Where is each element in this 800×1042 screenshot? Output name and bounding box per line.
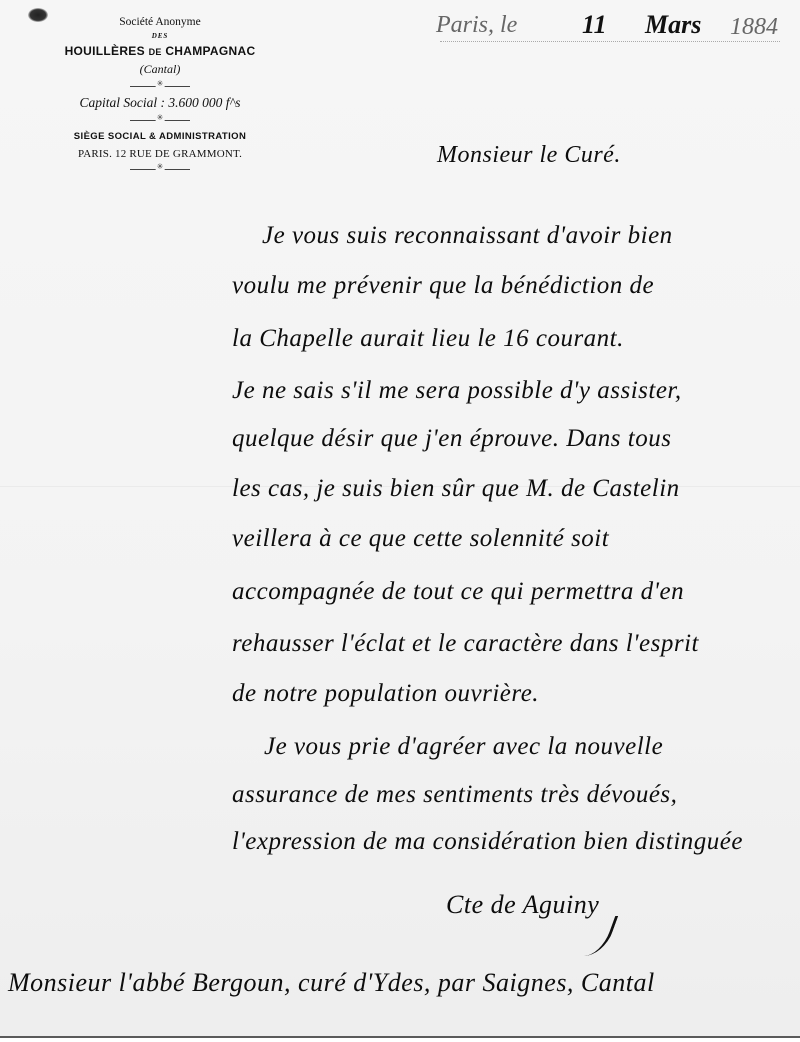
body-line: quelque désir que j'en éprouve. Dans tou… [232, 425, 671, 453]
letterhead-region: (Cantal) [20, 62, 300, 77]
body-line: la Chapelle aurait lieu le 16 courant. [232, 325, 624, 353]
letterhead-capital: Capital Social : 3.600 000 f^s [20, 95, 300, 111]
addressee-line: Monsieur l'abbé Bergoun, curé d'Ydes, pa… [8, 968, 655, 998]
letterhead-siege: SIÈGE SOCIAL & ADMINISTRATION [20, 131, 300, 142]
body-line: Je vous prie d'agréer avec la nouvelle [264, 733, 663, 761]
date-year: 1884 [730, 14, 778, 41]
letterhead-societe-anonyme: Société Anonyme [20, 16, 300, 28]
body-line: l'expression de ma considération bien di… [232, 828, 743, 856]
salutation: Monsieur le Curé. [437, 142, 621, 169]
body-line: voulu me prévenir que la bénédiction de [232, 272, 654, 300]
body-line: rehausser l'éclat et le caractère dans l… [232, 630, 699, 658]
signature: Cte de Aguiny [446, 890, 599, 920]
company-de: DE [149, 47, 162, 57]
paper-bottom-edge [0, 1036, 800, 1042]
letterhead-address: PARIS. 12 RUE DE GRAMMONT. [20, 148, 300, 160]
body-line: veillera à ce que cette solennité soit [232, 525, 609, 553]
letterhead: Société Anonyme DES HOUILLÈRES DE CHAMPA… [20, 14, 300, 172]
date-month: Mars [645, 10, 701, 40]
company-champagnac: CHAMPAGNAC [165, 44, 255, 58]
company-houilleres: HOUILLÈRES [65, 44, 145, 58]
letterhead-des: DES [20, 32, 300, 40]
date-rule [440, 41, 780, 42]
body-line: assurance de mes sentiments très dévoués… [232, 781, 677, 809]
body-line: de notre population ouvrière. [232, 680, 539, 708]
letterhead-company-name: HOUILLÈRES DE CHAMPAGNAC [20, 44, 300, 58]
body-line: Je vous suis reconnaissant d'avoir bien [262, 222, 673, 250]
body-line: accompagnée de tout ce qui permettra d'e… [232, 578, 684, 606]
dateline: Paris, le 11 Mars 1884 [430, 12, 800, 44]
ornament-divider-icon [130, 117, 190, 123]
body-line: les cas, je suis bien sûr que M. de Cast… [232, 475, 680, 503]
ornament-divider-icon [130, 166, 190, 172]
date-place: Paris, le [436, 12, 517, 39]
date-day: 11 [582, 10, 607, 40]
body-line: Je ne sais s'il me sera possible d'y ass… [232, 377, 682, 405]
ornament-divider-icon [130, 83, 190, 89]
